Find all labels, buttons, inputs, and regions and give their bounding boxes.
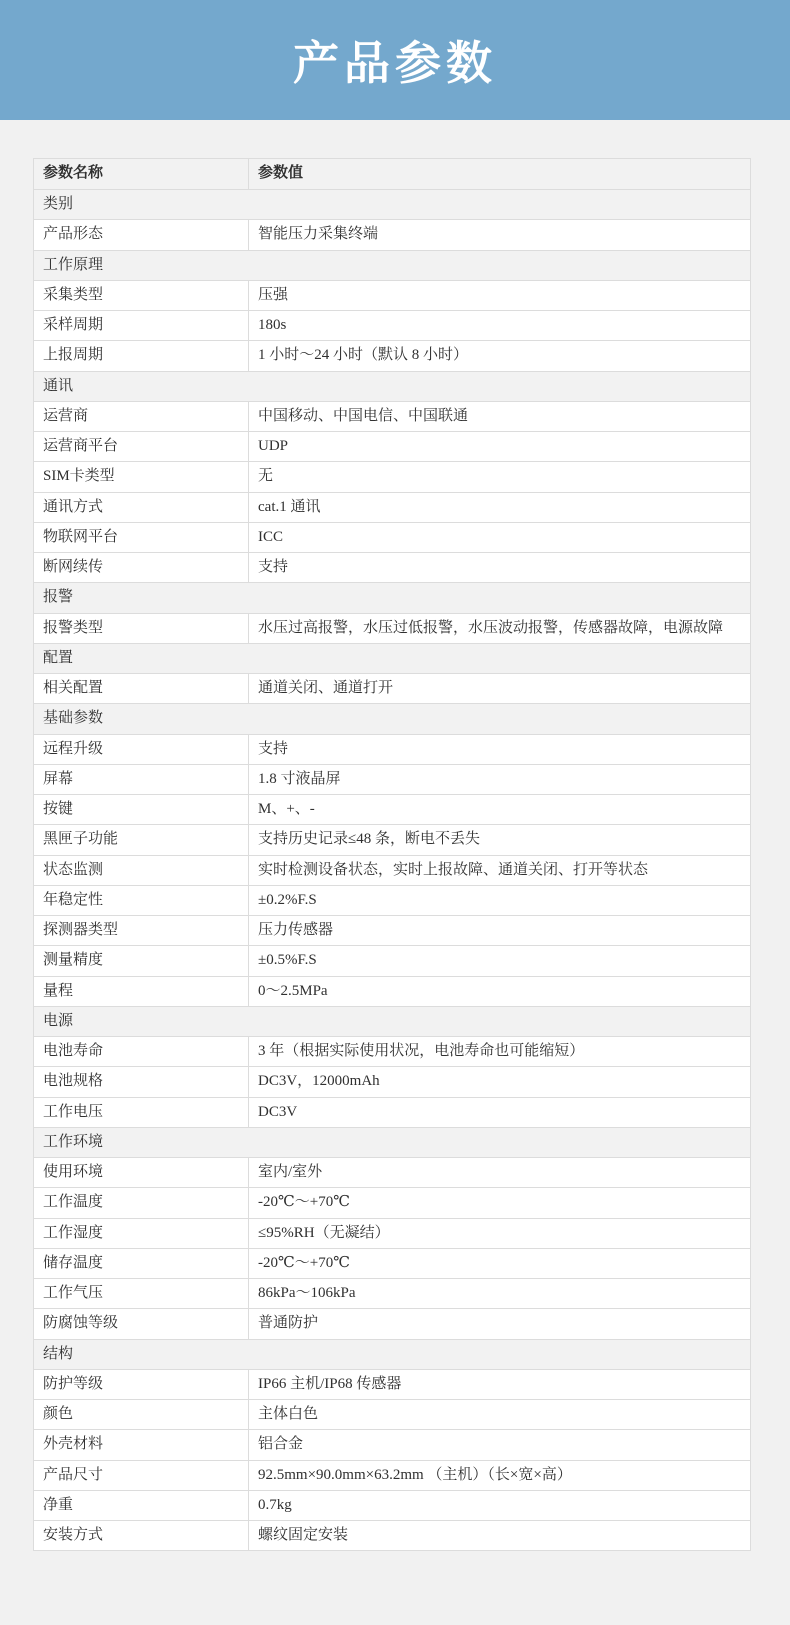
param-value-cell: ≤95%RH（无凝结） (249, 1218, 751, 1248)
param-value-cell: 智能压力采集终端 (249, 220, 751, 250)
param-row: 断网续传支持 (34, 553, 751, 583)
param-row: 探测器类型压力传感器 (34, 916, 751, 946)
param-name-cell: 产品尺寸 (34, 1460, 249, 1490)
param-name-cell: 状态监测 (34, 855, 249, 885)
param-name-cell: 运营商平台 (34, 432, 249, 462)
param-row: 屏幕1.8 寸液晶屏 (34, 764, 751, 794)
param-name-cell: 探测器类型 (34, 916, 249, 946)
param-name-cell: 工作湿度 (34, 1218, 249, 1248)
param-row: 物联网平台ICC (34, 522, 751, 552)
section-title: 工作原理 (34, 250, 751, 280)
param-row: 颜色主体白色 (34, 1400, 751, 1430)
section-row: 配置 (34, 643, 751, 673)
param-value-cell: 室内/室外 (249, 1158, 751, 1188)
param-name-cell: 测量精度 (34, 946, 249, 976)
param-value-cell: DC3V，12000mAh (249, 1067, 751, 1097)
param-row: 黑匣子功能支持历史记录≤48 条，断电不丢失 (34, 825, 751, 855)
param-name-cell: 使用环境 (34, 1158, 249, 1188)
section-title: 结构 (34, 1339, 751, 1369)
param-value-cell: 0～2.5MPa (249, 976, 751, 1006)
param-name-cell: 报警类型 (34, 613, 249, 643)
param-row: 状态监测实时检测设备状态，实时上报故障、通道关闭、打开等状态 (34, 855, 751, 885)
param-value-cell: 0.7kg (249, 1490, 751, 1520)
param-value-cell: cat.1 通讯 (249, 492, 751, 522)
section-title: 电源 (34, 1006, 751, 1036)
param-value-cell: 92.5mm×90.0mm×63.2mm （主机）（长×宽×高） (249, 1460, 751, 1490)
param-value-cell: 86kPa～106kPa (249, 1279, 751, 1309)
param-name-cell: 运营商 (34, 401, 249, 431)
param-value-cell: 支持历史记录≤48 条，断电不丢失 (249, 825, 751, 855)
param-value-cell: 主体白色 (249, 1400, 751, 1430)
param-row: 运营商平台UDP (34, 432, 751, 462)
param-row: SIM卡类型无 (34, 462, 751, 492)
param-row: 电池寿命3 年（根据实际使用状况，电池寿命也可能缩短） (34, 1037, 751, 1067)
param-value-cell: UDP (249, 432, 751, 462)
param-row: 量程0～2.5MPa (34, 976, 751, 1006)
param-name-cell: 采样周期 (34, 311, 249, 341)
param-row: 相关配置通道关闭、通道打开 (34, 674, 751, 704)
param-row: 工作湿度≤95%RH（无凝结） (34, 1218, 751, 1248)
param-name-cell: 电池规格 (34, 1067, 249, 1097)
column-header-name: 参数名称 (34, 159, 249, 190)
section-title: 报警 (34, 583, 751, 613)
param-row: 储存温度-20℃～+70℃ (34, 1248, 751, 1278)
param-row: 净重0.7kg (34, 1490, 751, 1520)
param-row: 按键M、+、- (34, 795, 751, 825)
param-row: 工作电压DC3V (34, 1097, 751, 1127)
param-row: 防腐蚀等级普通防护 (34, 1309, 751, 1339)
param-name-cell: 防腐蚀等级 (34, 1309, 249, 1339)
param-name-cell: 通讯方式 (34, 492, 249, 522)
param-name-cell: 净重 (34, 1490, 249, 1520)
param-name-cell: 上报周期 (34, 341, 249, 371)
param-value-cell: 普通防护 (249, 1309, 751, 1339)
param-name-cell: 工作温度 (34, 1188, 249, 1218)
param-value-cell: IP66 主机/IP68 传感器 (249, 1369, 751, 1399)
param-name-cell: 外壳材料 (34, 1430, 249, 1460)
param-row: 工作温度-20℃～+70℃ (34, 1188, 751, 1218)
param-name-cell: 颜色 (34, 1400, 249, 1430)
param-row: 年稳定性±0.2%F.S (34, 885, 751, 915)
section-title: 通讯 (34, 371, 751, 401)
param-row: 产品形态智能压力采集终端 (34, 220, 751, 250)
param-name-cell: 储存温度 (34, 1248, 249, 1278)
param-value-cell: 中国移动、中国电信、中国联通 (249, 401, 751, 431)
page-banner: 产品参数 (0, 0, 790, 120)
param-row: 工作气压86kPa～106kPa (34, 1279, 751, 1309)
section-row: 基础参数 (34, 704, 751, 734)
section-row: 通讯 (34, 371, 751, 401)
section-title: 类别 (34, 190, 751, 220)
param-value-cell: 螺纹固定安装 (249, 1521, 751, 1551)
param-value-cell: 1.8 寸液晶屏 (249, 764, 751, 794)
param-name-cell: 采集类型 (34, 280, 249, 310)
param-name-cell: 断网续传 (34, 553, 249, 583)
param-name-cell: 远程升级 (34, 734, 249, 764)
param-value-cell: M、+、- (249, 795, 751, 825)
section-row: 结构 (34, 1339, 751, 1369)
param-row: 报警类型水压过高报警，水压过低报警，水压波动报警，传感器故障，电源故障 (34, 613, 751, 643)
param-name-cell: 相关配置 (34, 674, 249, 704)
param-value-cell: 水压过高报警，水压过低报警，水压波动报警，传感器故障，电源故障 (249, 613, 751, 643)
param-value-cell: DC3V (249, 1097, 751, 1127)
section-row: 电源 (34, 1006, 751, 1036)
param-value-cell: ICC (249, 522, 751, 552)
param-value-cell: 支持 (249, 553, 751, 583)
param-value-cell: ±0.5%F.S (249, 946, 751, 976)
param-name-cell: 物联网平台 (34, 522, 249, 552)
section-row: 报警 (34, 583, 751, 613)
page-title: 产品参数 (293, 27, 497, 93)
param-name-cell: 安装方式 (34, 1521, 249, 1551)
param-name-cell: 黑匣子功能 (34, 825, 249, 855)
table-header-row: 参数名称 参数值 (34, 159, 751, 190)
params-table: 参数名称 参数值 类别产品形态智能压力采集终端工作原理采集类型压强采样周期180… (33, 158, 751, 1551)
section-title: 工作环境 (34, 1127, 751, 1157)
param-value-cell: -20℃～+70℃ (249, 1188, 751, 1218)
param-row: 产品尺寸92.5mm×90.0mm×63.2mm （主机）（长×宽×高） (34, 1460, 751, 1490)
param-row: 防护等级IP66 主机/IP68 传感器 (34, 1369, 751, 1399)
param-value-cell: 实时检测设备状态，实时上报故障、通道关闭、打开等状态 (249, 855, 751, 885)
param-name-cell: 工作气压 (34, 1279, 249, 1309)
param-row: 电池规格DC3V，12000mAh (34, 1067, 751, 1097)
param-value-cell: 支持 (249, 734, 751, 764)
param-row: 上报周期1 小时～24 小时（默认 8 小时） (34, 341, 751, 371)
param-value-cell: 180s (249, 311, 751, 341)
param-value-cell: 3 年（根据实际使用状况，电池寿命也可能缩短） (249, 1037, 751, 1067)
param-row: 通讯方式cat.1 通讯 (34, 492, 751, 522)
param-value-cell: 压强 (249, 280, 751, 310)
param-row: 采集类型压强 (34, 280, 751, 310)
param-name-cell: 量程 (34, 976, 249, 1006)
param-value-cell: -20℃～+70℃ (249, 1248, 751, 1278)
param-row: 使用环境室内/室外 (34, 1158, 751, 1188)
param-name-cell: 产品形态 (34, 220, 249, 250)
param-row: 外壳材料铝合金 (34, 1430, 751, 1460)
param-name-cell: 防护等级 (34, 1369, 249, 1399)
param-row: 测量精度±0.5%F.S (34, 946, 751, 976)
params-table-container: 参数名称 参数值 类别产品形态智能压力采集终端工作原理采集类型压强采样周期180… (33, 158, 751, 1551)
param-row: 运营商中国移动、中国电信、中国联通 (34, 401, 751, 431)
param-row: 采样周期180s (34, 311, 751, 341)
section-row: 类别 (34, 190, 751, 220)
params-table-body: 类别产品形态智能压力采集终端工作原理采集类型压强采样周期180s上报周期1 小时… (34, 190, 751, 1551)
section-row: 工作环境 (34, 1127, 751, 1157)
param-row: 安装方式螺纹固定安装 (34, 1521, 751, 1551)
param-value-cell: ±0.2%F.S (249, 885, 751, 915)
section-title: 配置 (34, 643, 751, 673)
param-value-cell: 铝合金 (249, 1430, 751, 1460)
param-value-cell: 压力传感器 (249, 916, 751, 946)
section-row: 工作原理 (34, 250, 751, 280)
param-value-cell: 无 (249, 462, 751, 492)
section-title: 基础参数 (34, 704, 751, 734)
param-name-cell: 电池寿命 (34, 1037, 249, 1067)
param-name-cell: 工作电压 (34, 1097, 249, 1127)
param-name-cell: SIM卡类型 (34, 462, 249, 492)
param-name-cell: 屏幕 (34, 764, 249, 794)
param-value-cell: 1 小时～24 小时（默认 8 小时） (249, 341, 751, 371)
param-name-cell: 年稳定性 (34, 885, 249, 915)
param-name-cell: 按键 (34, 795, 249, 825)
param-row: 远程升级支持 (34, 734, 751, 764)
column-header-value: 参数值 (249, 159, 751, 190)
param-value-cell: 通道关闭、通道打开 (249, 674, 751, 704)
